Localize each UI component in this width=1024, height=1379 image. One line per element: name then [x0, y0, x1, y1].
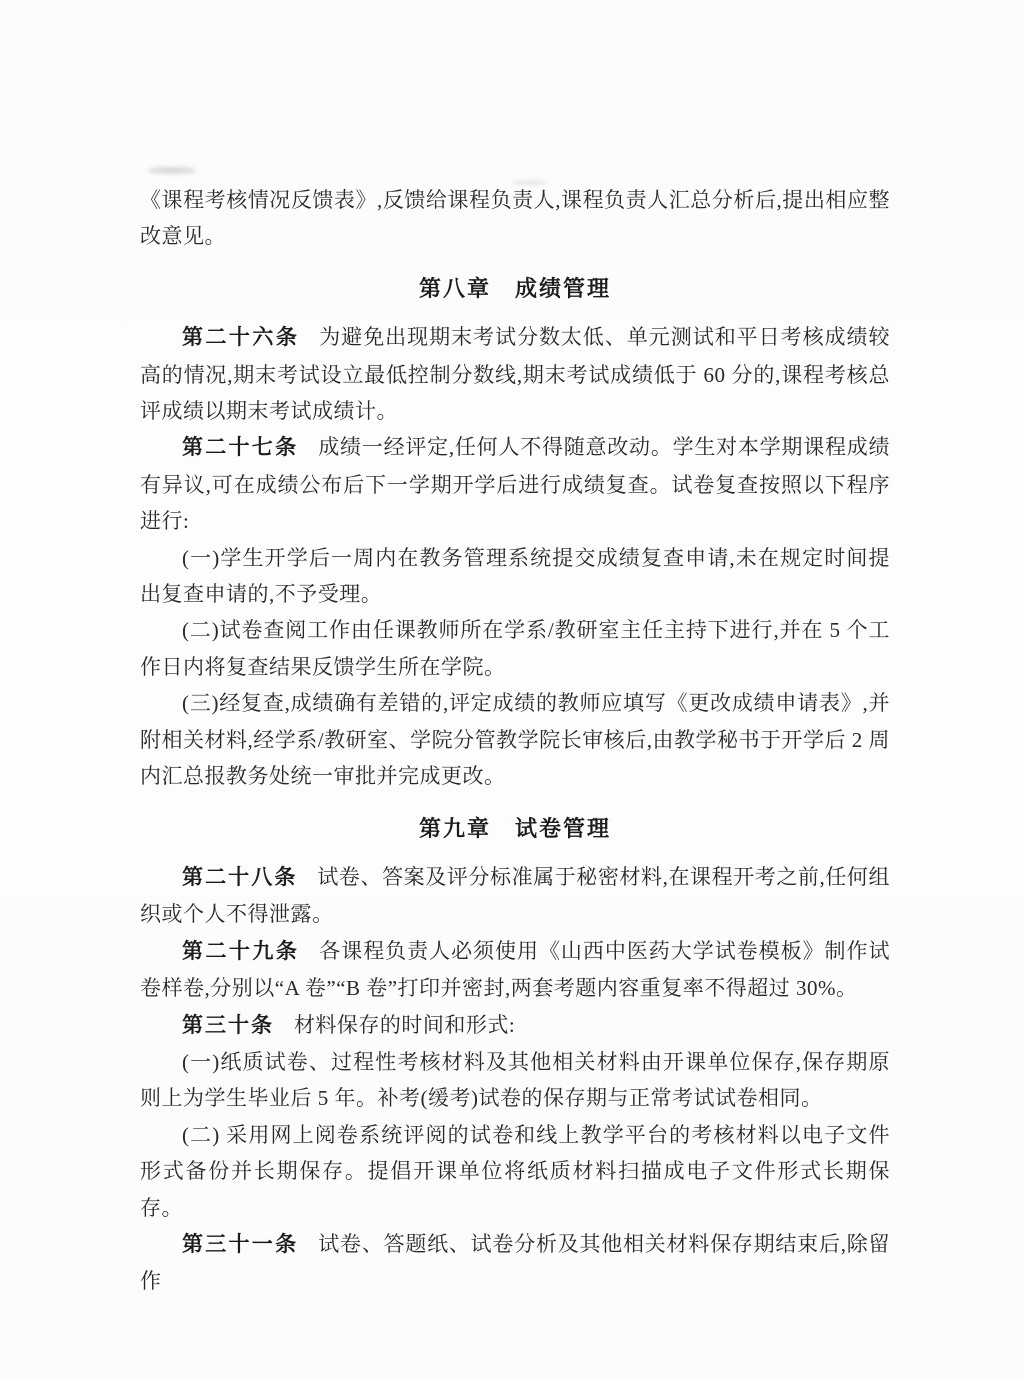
chapter-heading-9: 第九章 试卷管理: [140, 811, 890, 847]
article-30-label: 第三十条: [182, 1014, 274, 1037]
article-28-label: 第二十八条: [182, 866, 297, 889]
list-item-2: (二)试卷查阅工作由任课教师所在学系/教研室主任主持下进行,并在 5 个工作日内…: [140, 612, 890, 685]
article-27-label: 第二十七条: [182, 436, 298, 459]
article-26: 第二十六条为避免出现期末考试分数太低、单元测试和平日考核成绩较高的情况,期末考试…: [140, 319, 890, 429]
article-30-text: 材料保存的时间和形式:: [294, 1013, 515, 1037]
paragraph-continuation: 《课程考核情况反馈表》,反馈给课程负责人,课程负责人汇总分析后,提出相应整改意见…: [140, 182, 890, 255]
list-item-1: (一)学生开学后一周内在教务管理系统提交成绩复查申请,未在规定时间提出复查申请的…: [140, 540, 890, 613]
article-28: 第二十八条试卷、答案及评分标准属于秘密材料,在课程开考之前,任何组织或个人不得泄…: [140, 859, 890, 933]
list-item-5: (二) 采用网上阅卷系统评阅的试卷和线上教学平台的考核材料以电子文件形式备份并长…: [140, 1117, 890, 1226]
scanned-page: 《课程考核情况反馈表》,反馈给课程负责人,课程负责人汇总分析后,提出相应整改意见…: [0, 0, 1024, 1379]
document-body: 《课程考核情况反馈表》,反馈给课程负责人,课程负责人汇总分析后,提出相应整改意见…: [140, 182, 890, 1300]
article-27: 第二十七条成绩一经评定,任何人不得随意改动。学生对本学期课程成绩有异议,可在成绩…: [140, 429, 890, 539]
list-item-4: (一)纸质试卷、过程性考核材料及其他相关材料由开课单位保存,保存期原则上为学生毕…: [140, 1044, 890, 1117]
article-29: 第二十九条各课程负责人必须使用《山西中医药大学试卷模板》制作试卷样卷,分别以“A…: [140, 933, 890, 1007]
article-26-label: 第二十六条: [182, 326, 299, 349]
list-item-3: (三)经复查,成绩确有差错的,评定成绩的教师应填写《更改成绩申请表》,并附相关材…: [140, 685, 890, 794]
scan-smudge-artifact: [148, 167, 196, 174]
chapter-heading-8: 第八章 成绩管理: [140, 271, 890, 307]
article-29-label: 第二十九条: [182, 940, 299, 963]
article-31-label: 第三十一条: [182, 1233, 298, 1256]
article-30: 第三十条材料保存的时间和形式:: [140, 1007, 890, 1044]
article-31: 第三十一条试卷、答题纸、试卷分析及其他相关材料保存期结束后,除留作: [140, 1226, 890, 1300]
